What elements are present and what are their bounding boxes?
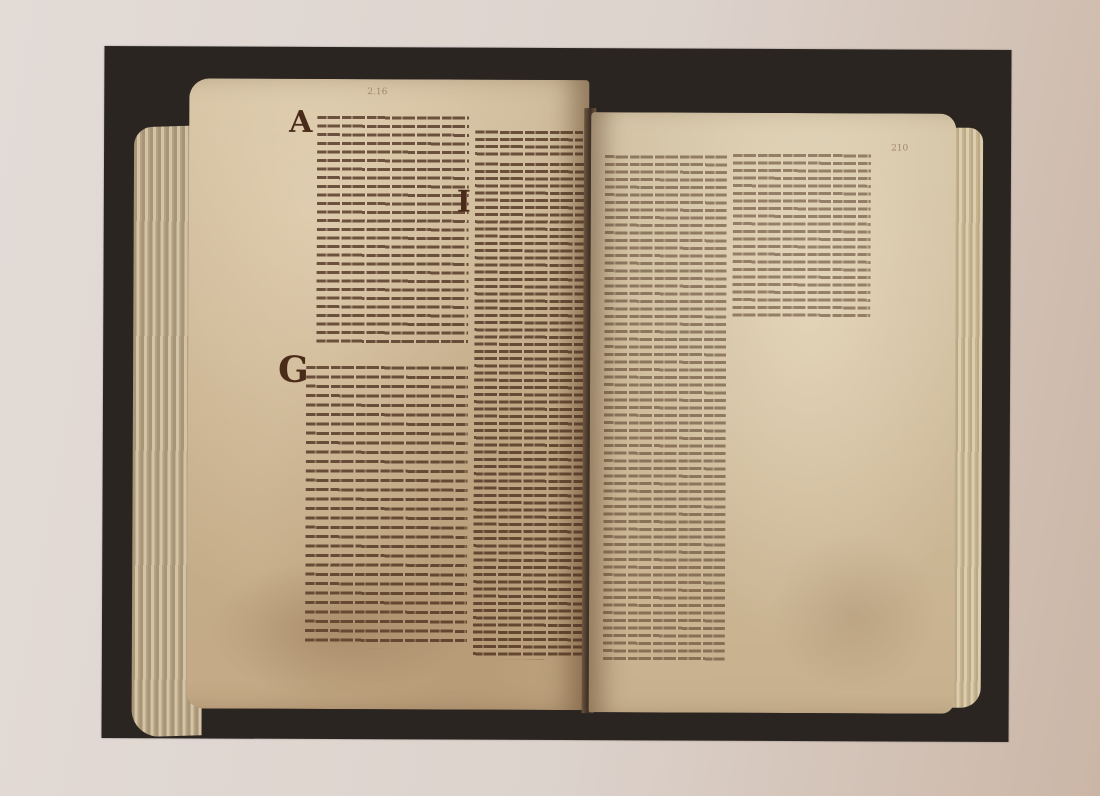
- text-column-right-b: [732, 151, 871, 320]
- manuscript-photo: 2.16 A G I 210: [101, 46, 1011, 742]
- initial-letter-a: A: [289, 105, 312, 140]
- folio-number-right: 210: [891, 143, 908, 153]
- open-codex: 2.16 A G I 210: [101, 46, 1011, 742]
- initial-letter-g: G: [278, 349, 309, 391]
- parchment-stain-right: [769, 533, 940, 694]
- text-column-right-a: [603, 152, 727, 665]
- right-page: 210: [589, 112, 957, 714]
- left-page: 2.16 A G I: [187, 78, 590, 710]
- text-column-left-b-head: [475, 128, 583, 158]
- initial-letter-i: I: [457, 185, 471, 220]
- folio-number-left: 2.16: [367, 87, 387, 97]
- text-column-left-b: [473, 160, 585, 660]
- parchment-stain: [207, 558, 468, 699]
- text-column-left-upper: [316, 113, 469, 344]
